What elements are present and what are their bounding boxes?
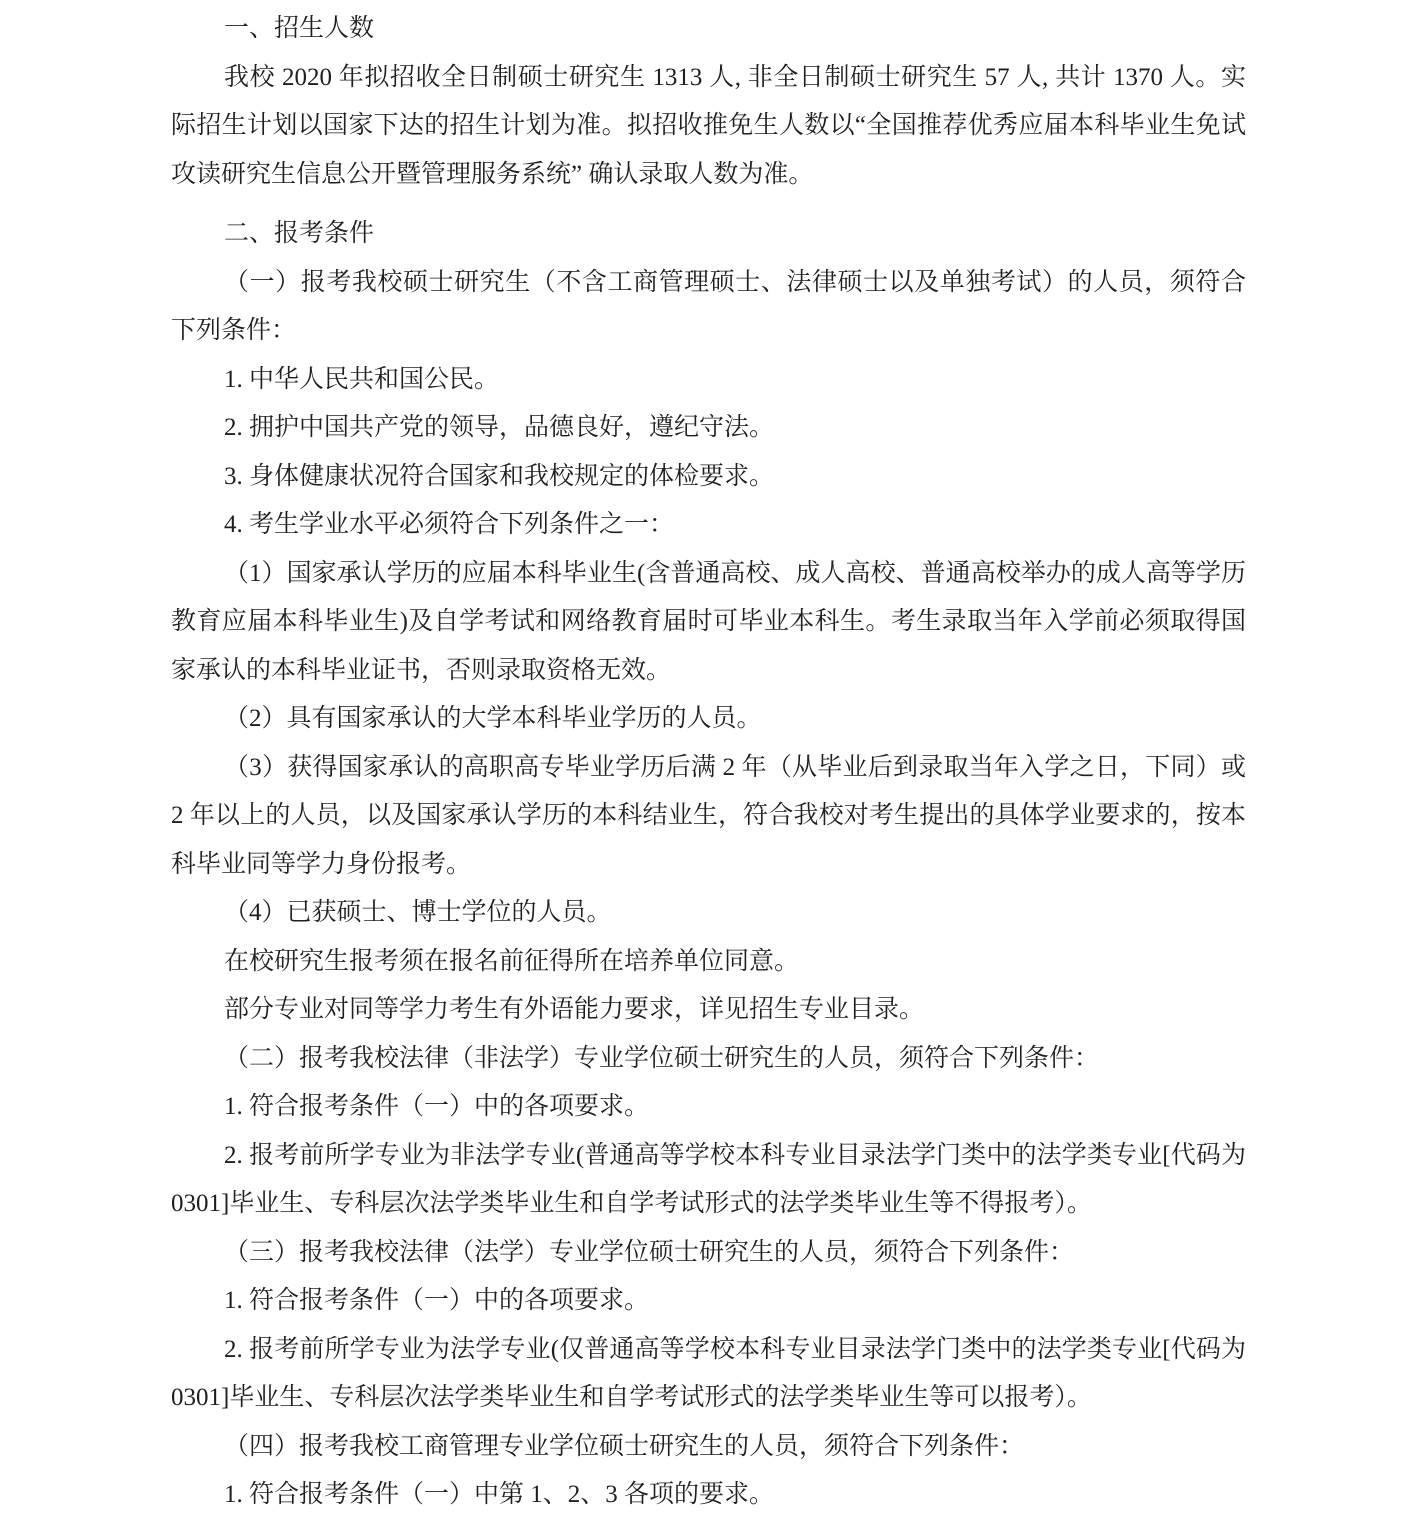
para-cond2-item1: 1. 符合报考条件（一）中的各项要求。 — [171, 1083, 1246, 1132]
heading-section-2: 二、报考条件 — [171, 210, 1246, 259]
para-cond1-item4: 4. 考生学业水平必须符合下列条件之一： — [171, 501, 1246, 550]
para-cond1-item4-sub3: （3）获得国家承认的高职高专毕业学历后满 2 年（从毕业后到录取当年入学之日，下… — [171, 744, 1246, 890]
para-cond1-item4-sub4: （4）已获硕士、博士学位的人员。 — [171, 889, 1246, 938]
para-current-grad-note: 在校研究生报考须在报名前征得所在培养单位同意。 — [171, 938, 1246, 987]
para-cond1-item1: 1. 中华人民共和国公民。 — [171, 356, 1246, 405]
para-condition-2-intro: （二）报考我校法律（非法学）专业学位硕士研究生的人员，须符合下列条件： — [171, 1035, 1246, 1084]
para-condition-4-intro: （四）报考我校工商管理专业学位硕士研究生的人员，须符合下列条件： — [171, 1423, 1246, 1472]
para-cond1-item4-sub2: （2）具有国家承认的大学本科毕业学历的人员。 — [171, 695, 1246, 744]
para-cond2-item2: 2. 报考前所学专业为非法学专业(普通高等学校本科专业目录法学门类中的法学类专业… — [171, 1132, 1246, 1229]
heading-section-1: 一、招生人数 — [171, 5, 1246, 54]
para-cond1-item2: 2. 拥护中国共产党的领导，品德良好，遵纪守法。 — [171, 404, 1246, 453]
document-page: 一、招生人数 我校 2020 年拟招收全日制硕士研究生 1313 人, 非全日制… — [0, 0, 1413, 1516]
para-cond3-item1: 1. 符合报考条件（一）中的各项要求。 — [171, 1277, 1246, 1326]
para-cond1-item3: 3. 身体健康状况符合国家和我校规定的体检要求。 — [171, 453, 1246, 502]
para-cond1-item4-sub1: （1）国家承认学历的应届本科毕业生(含普通高校、成人高校、普通高校举办的成人高等… — [171, 550, 1246, 696]
para-cond4-item1: 1. 符合报考条件（一）中第 1、2、3 各项的要求。 — [171, 1471, 1246, 1516]
para-condition-1-intro: （一）报考我校硕士研究生（不含工商管理硕士、法律硕士以及单独考试）的人员，须符合… — [171, 259, 1246, 356]
para-cond3-item2: 2. 报考前所学专业为法学专业(仅普通高等学校本科专业目录法学门类中的法学类专业… — [171, 1326, 1246, 1423]
para-foreign-language-note: 部分专业对同等学力考生有外语能力要求，详见招生专业目录。 — [171, 986, 1246, 1035]
para-enrollment-plan: 我校 2020 年拟招收全日制硕士研究生 1313 人, 非全日制硕士研究生 5… — [171, 54, 1246, 200]
para-condition-3-intro: （三）报考我校法律（法学）专业学位硕士研究生的人员，须符合下列条件： — [171, 1229, 1246, 1278]
